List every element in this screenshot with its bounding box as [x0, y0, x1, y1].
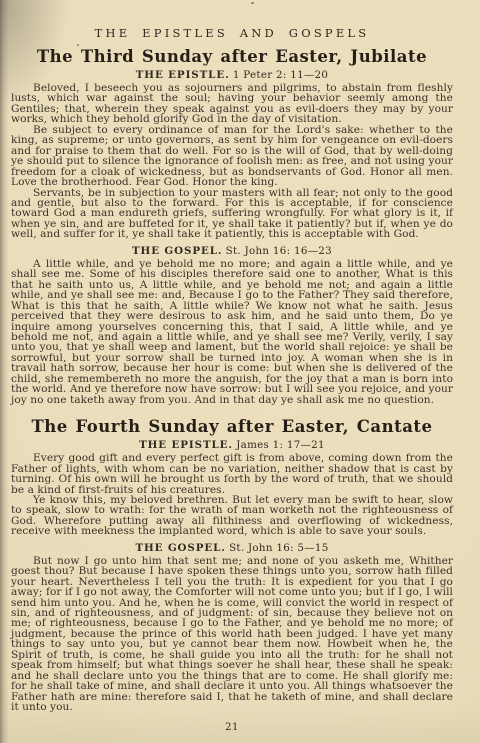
- page-content: THE EPISTLES AND GOSPELS The Third Sunda…: [0, 0, 480, 733]
- reading-label: THE EPISTLE.: [139, 439, 233, 451]
- reading-label: THE GOSPEL.: [132, 245, 222, 257]
- reading-gospel: THE GOSPEL. St. John 16: 16—23 A little …: [11, 246, 453, 405]
- section-title: The Fourth Sunday after Easter, Cantate: [11, 418, 453, 435]
- reading-reference: James 1: 17—21: [236, 439, 325, 451]
- reading-label: THE GOSPEL.: [135, 542, 225, 554]
- scripture-paragraph: A little while, and ye behold me no more…: [11, 259, 453, 405]
- reading-heading: THE EPISTLE. James 1: 17—21: [11, 440, 453, 451]
- scripture-paragraph: Ye know this, my beloved brethren. But l…: [11, 495, 453, 537]
- scripture-paragraph: Be subject to every ordinance of man for…: [11, 125, 453, 188]
- scripture-paragraph: Servants, be in subjection to your maste…: [11, 188, 453, 240]
- reading-gospel: THE GOSPEL. St. John 16: 5—15 But now I …: [11, 543, 453, 713]
- reading-reference: St. John 16: 16—23: [226, 245, 332, 257]
- reading-label: THE EPISTLE.: [136, 69, 230, 81]
- section-title: The Third Sunday after Easter, Jubilate: [11, 48, 453, 65]
- scripture-paragraph: But now I go unto him that sent me; and …: [11, 556, 453, 713]
- page-number: 21: [11, 722, 453, 733]
- reading-reference: 1 Peter 2: 11—20: [233, 69, 328, 81]
- reading-heading: THE EPISTLE. 1 Peter 2: 11—20: [11, 70, 453, 81]
- section-fourth-sunday-after-easter: The Fourth Sunday after Easter, Cantate …: [11, 418, 453, 712]
- section-third-sunday-after-easter: The Third Sunday after Easter, Jubilate …: [11, 48, 453, 405]
- book-page: THE EPISTLES AND GOSPELS The Third Sunda…: [0, 0, 480, 743]
- running-head: THE EPISTLES AND GOSPELS: [11, 27, 453, 39]
- reading-heading: THE GOSPEL. St. John 16: 5—15: [11, 543, 453, 554]
- reading-epistle: THE EPISTLE. James 1: 17—21 Every good g…: [11, 440, 453, 537]
- reading-epistle: THE EPISTLE. 1 Peter 2: 11—20 Beloved, I…: [11, 70, 453, 240]
- scripture-paragraph: Beloved, I beseech you as sojourners and…: [11, 83, 453, 125]
- reading-reference: St. John 16: 5—15: [229, 542, 329, 554]
- scripture-paragraph: Every good gift and every perfect gift i…: [11, 453, 453, 495]
- reading-heading: THE GOSPEL. St. John 16: 16—23: [11, 246, 453, 257]
